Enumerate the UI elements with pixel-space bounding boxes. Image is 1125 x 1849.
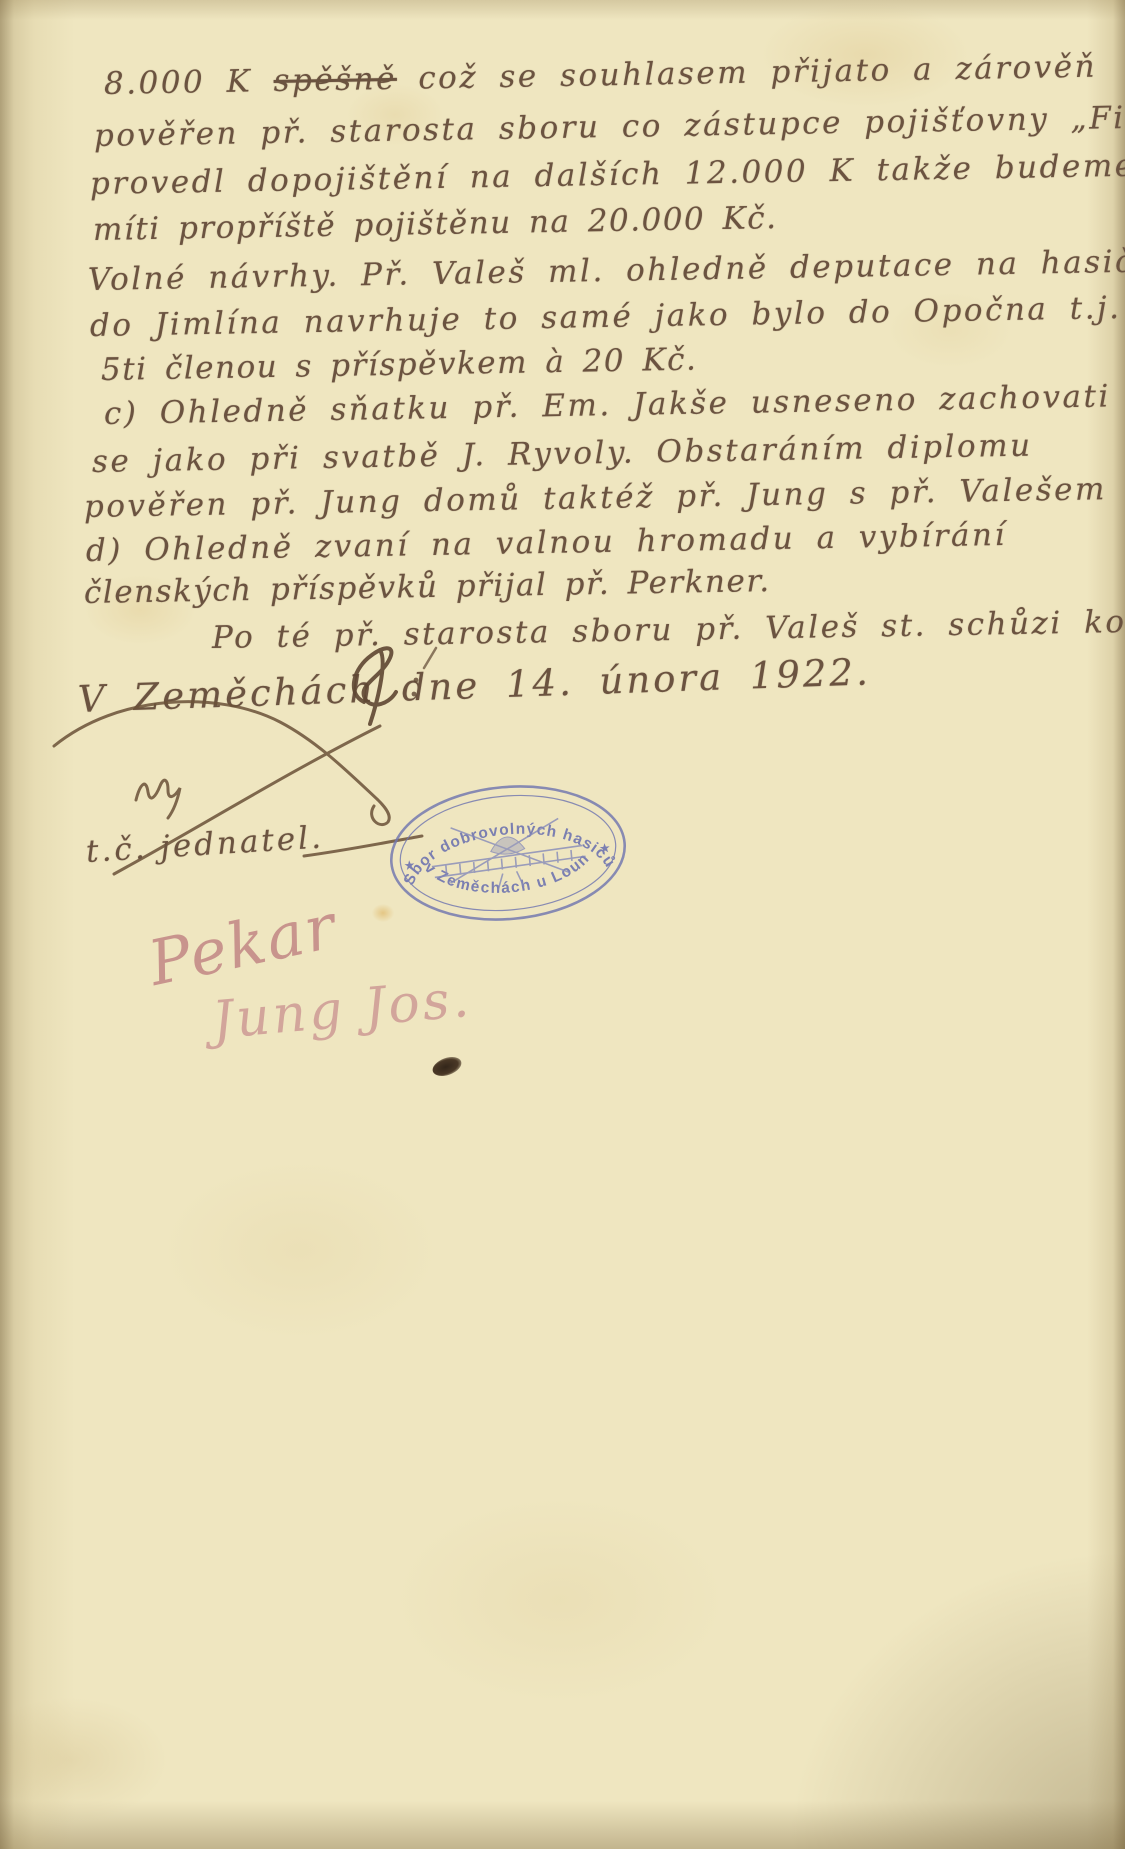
- scanned-minutes-page: 8.000 K spěšně což se souhlasem přijato …: [0, 0, 1125, 1849]
- ink-blot: [430, 1053, 464, 1079]
- handwriting-line: míti propříště pojištěnu na 20.000 Kč.: [93, 200, 778, 248]
- handwriting-line: 5ti členou s příspěvkem à 20 Kč.: [101, 342, 698, 388]
- handwriting-line: 8.000 K spěšně což se souhlasem přijato …: [104, 49, 1098, 102]
- opening-amount: 8.000 K: [104, 63, 253, 102]
- fire-brigade-stamp: Sbor dobrovolných hasičů v Zeměchách u L…: [377, 767, 639, 938]
- red-signature-2: Jung Jos.: [210, 969, 474, 1051]
- handwriting-line: členských příspěvků přijal př. Perkner.: [84, 563, 771, 611]
- handwriting-line: do Jimlína navrhuje to samé jako bylo do…: [90, 290, 1122, 344]
- stamp-star-right-icon: ★: [598, 840, 611, 856]
- handwriting-line: se jako při svatbě J. Ryvoly. Obstaráním…: [92, 428, 1033, 480]
- handwriting-line: c) Ohledně sňatku př. Em. Jakše usneseno…: [104, 378, 1111, 432]
- stamp-star-left-icon: ★: [403, 857, 416, 873]
- handwriting-line: d) Ohledně zvaní na valnou hromadu a vyb…: [86, 517, 1007, 569]
- handwriting-line: pověřen př. starosta sboru co zástupce p…: [94, 98, 1125, 154]
- handwriting-line: provedl dopojištění na dalších 12.000 K …: [90, 148, 1125, 202]
- struck-word: spěšně: [273, 61, 397, 99]
- handwriting-line: Volné návrhy. Př. Valeš ml. ohledně depu…: [88, 241, 1125, 298]
- opening-rest: což se souhlasem přijato a zárověň: [418, 49, 1097, 97]
